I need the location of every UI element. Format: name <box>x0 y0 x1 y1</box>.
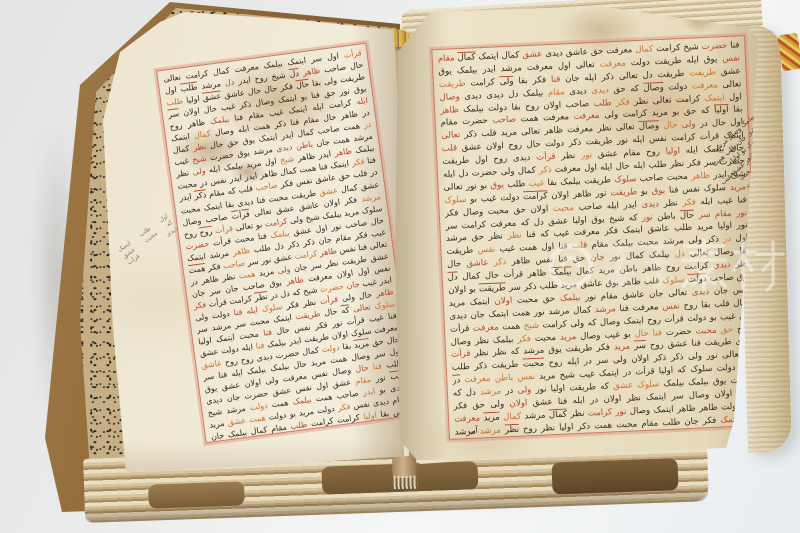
watermark-blurred-glyphs <box>603 242 673 288</box>
marginal-note-left: اول طلب ایتمک که محبت عشق دیدی قرأت <box>117 213 180 268</box>
catchword: آب <box>468 426 478 436</box>
watermark-glyph-su <box>683 240 725 288</box>
stock-watermark <box>545 236 785 300</box>
watermark-graphic <box>545 236 785 296</box>
frayed-threads <box>394 476 418 489</box>
watermark-logo-ring <box>551 246 591 286</box>
watermark-glyph-cai <box>733 240 783 290</box>
folio-number: ٢١٤ <box>93 41 110 54</box>
photo-open-manuscript-book: ٢١٤ اول طلب ایتمک که محبت عشق دیدی قرأت … <box>0 0 800 533</box>
